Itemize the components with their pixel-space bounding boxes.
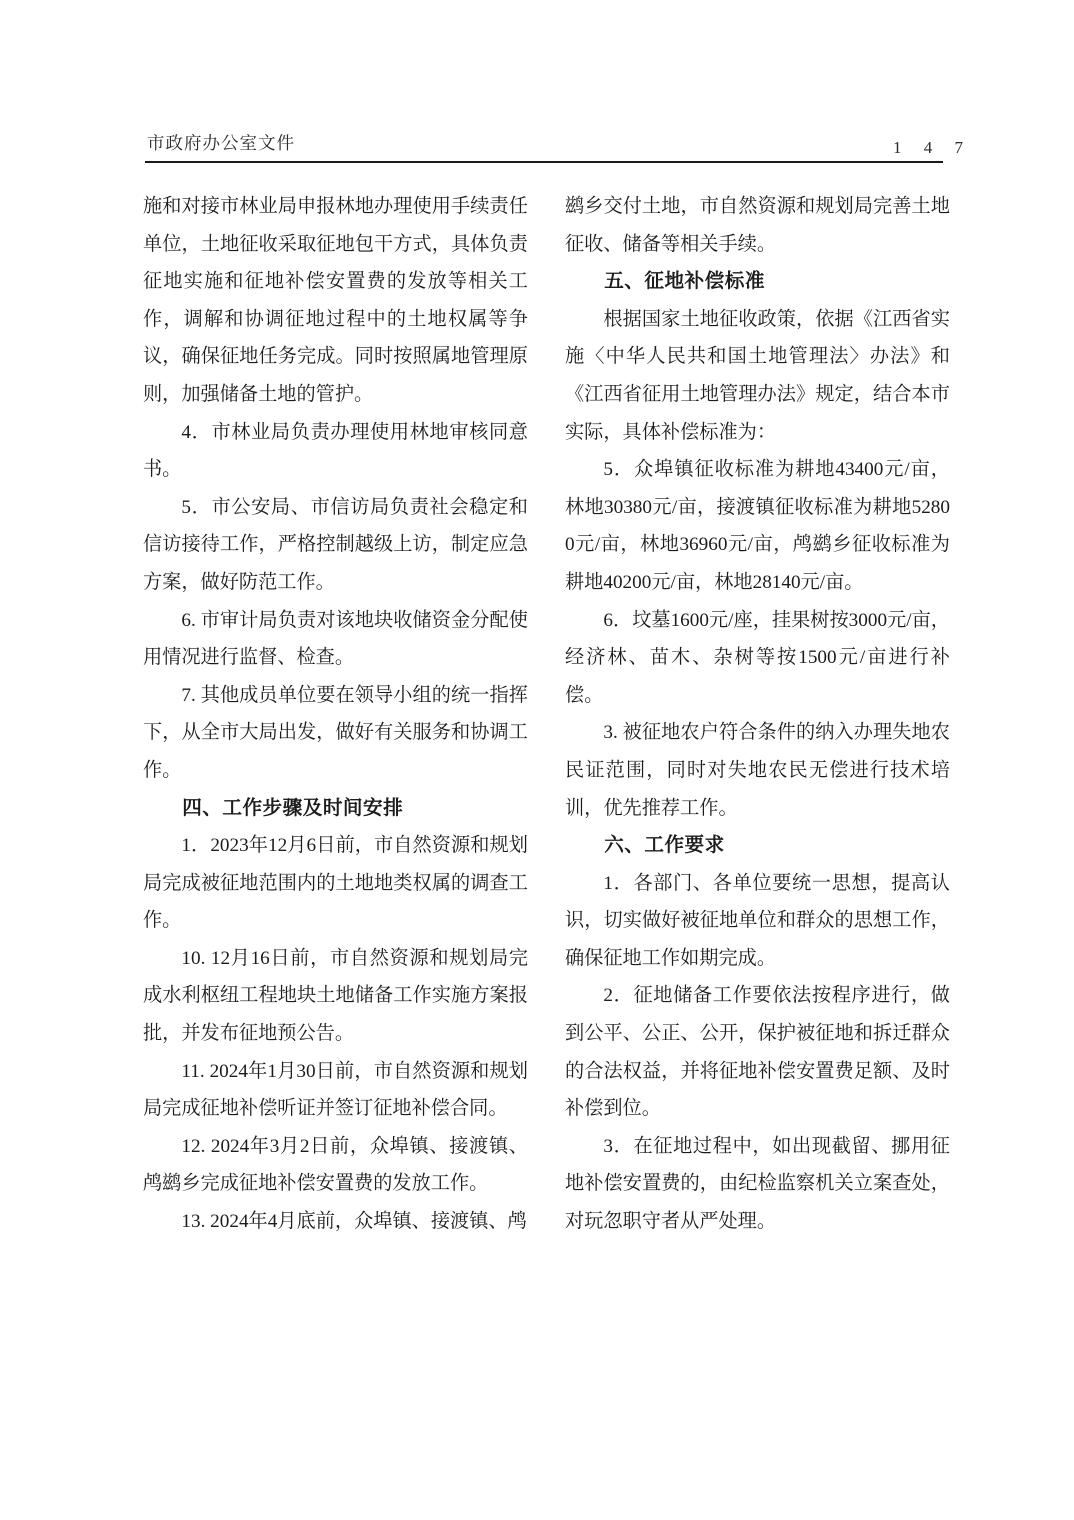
paragraph: 施和对接市林业局申报林地办理使用手续责任单位，土地征收采取征地包干方式，具体负责… xyxy=(143,188,528,414)
document-page: 市政府办公室文件 1 4 7 施和对接市林业局申报林地办理使用手续责任单位，土地… xyxy=(0,0,1074,1520)
page-number: 1 4 7 xyxy=(893,138,972,158)
paragraph: 1．2023年12月6日前，市自然资源和规划局完成被征地范围内的土地地类权属的调… xyxy=(143,827,528,940)
paragraph: 4．市林业局负责办理使用林地审核同意书。 xyxy=(143,414,528,489)
left-column: 施和对接市林业局申报林地办理使用手续责任单位，土地征收采取征地包干方式，具体负责… xyxy=(143,188,528,1241)
section-heading-6: 六、工作要求 xyxy=(565,827,950,865)
right-column: 鹚乡交付土地，市自然资源和规划局完善土地征收、储备等相关手续。 五、征地补偿标准… xyxy=(565,188,950,1241)
paragraph: 6. 市审计局负责对该地块收储资金分配使用情况进行监督、检查。 xyxy=(143,602,528,677)
paragraph: 5．市公安局、市信访局负责社会稳定和信访接待工作，严格控制越级上访，制定应急方案… xyxy=(143,489,528,602)
paragraph: 鹚乡交付土地，市自然资源和规划局完善土地征收、储备等相关手续。 xyxy=(565,188,950,263)
section-heading-5: 五、征地补偿标准 xyxy=(565,263,950,301)
section-heading-4: 四、工作步骤及时间安排 xyxy=(143,790,528,828)
paragraph: 3．在征地过程中，如出现截留、挪用征地补偿安置费的，由纪检监察机关立案查处，对玩… xyxy=(565,1128,950,1241)
header-rule xyxy=(145,161,943,163)
paragraph: 12. 2024年3月2日前，众埠镇、接渡镇、鸬鹚乡完成征地补偿安置费的发放工作… xyxy=(143,1128,528,1203)
paragraph: 6．坟墓1600元/座，挂果树按3000元/亩，经济林、苗木、杂树等按1500元… xyxy=(565,602,950,715)
paragraph: 13. 2024年4月底前，众埠镇、接渡镇、鸬 xyxy=(143,1203,528,1241)
paragraph: 7. 其他成员单位要在领导小组的统一指挥下，从全市大局出发，做好有关服务和协调工… xyxy=(143,677,528,790)
paragraph: 11. 2024年1月30日前，市自然资源和规划局完成征地补偿听证并签订征地补偿… xyxy=(143,1053,528,1128)
document-body: 施和对接市林业局申报林地办理使用手续责任单位，土地征收采取征地包干方式，具体负责… xyxy=(143,188,950,1241)
paragraph: 10. 12月16日前，市自然资源和规划局完成水利枢纽工程地块土地储备工作实施方… xyxy=(143,940,528,1053)
paragraph: 1．各部门、各单位要统一思想，提高认识，切实做好被征地单位和群众的思想工作，确保… xyxy=(565,865,950,978)
paragraph: 根据国家土地征收政策，依据《江西省实施〈中华人民共和国土地管理法〉办法》和《江西… xyxy=(565,301,950,451)
paragraph: 5．众埠镇征收标准为耕地43400元/亩，林地30380元/亩，接渡镇征收标准为… xyxy=(565,451,950,601)
paragraph: 2．征地储备工作要依法按程序进行，做到公平、公正、公开，保护被征地和拆迁群众的合… xyxy=(565,977,950,1127)
paragraph: 3. 被征地农户符合条件的纳入办理失地农民证范围，同时对失地农民无偿进行技术培训… xyxy=(565,714,950,827)
header-title: 市政府办公室文件 xyxy=(147,130,295,155)
